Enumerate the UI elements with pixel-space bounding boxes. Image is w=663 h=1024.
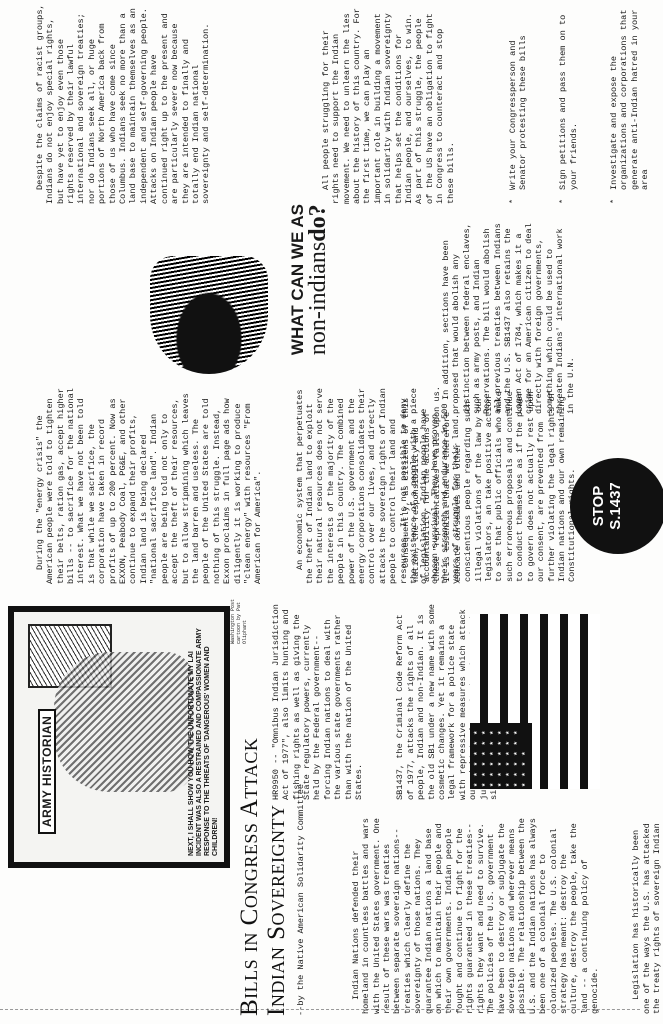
title-suffix: do? — [305, 204, 331, 241]
woodcut-portrait — [150, 256, 268, 374]
flag-stars: ★ ★ ★ ★ ★ ★ ★ ★ ★ ★ ★ ★ ★ ★ ★ ★ ★ ★ ★ ★ … — [470, 723, 532, 789]
action-list: *Write your Congressperson and Senator p… — [487, 4, 663, 204]
cartoon-figure — [54, 652, 194, 792]
article-column-6: In addition, sections have been proposed… — [420, 214, 607, 414]
paragraph: Legislation has historically been one of… — [631, 814, 663, 1014]
sidebar-column-2: All people struggling for their rights n… — [300, 4, 663, 204]
asterisk-bullet-icon: * — [508, 199, 518, 204]
cartoon-caption: NEXT, I SHALL SHOW YOU HOW THE UNFORTUNA… — [188, 618, 220, 856]
action-item: *Sign petitions and pass them on to your… — [558, 4, 579, 204]
action-item: *Write your Congressperson and Senator p… — [508, 4, 529, 204]
paragraph: During the "energy crisis" the American … — [35, 384, 264, 584]
asterisk-bullet-icon: * — [609, 199, 619, 204]
paragraph: In addition, sections have been proposed… — [441, 214, 576, 414]
newspaper-page: ARMY HISTORIAN NEXT, I SHALL SHOW YOU HO… — [0, 0, 663, 1024]
sidebar-column-1: Despite the claims of racist groups, Ind… — [14, 4, 243, 204]
article-column-5 — [380, 191, 401, 366]
cartoon-label: ARMY HISTORIAN — [38, 709, 56, 834]
action-item: *Investigate and expose the organization… — [609, 4, 651, 204]
paragraph: All people struggling for their rights n… — [321, 4, 456, 204]
title-emphasis: non-indians — [305, 242, 331, 355]
paragraph: Indian Nations defended their homeland i… — [351, 814, 601, 1014]
cartoon-credit: Washington Post cartoon by Pat Oliphant — [230, 584, 248, 644]
editorial-cartoon: ARMY HISTORIAN NEXT, I SHALL SHOW YOU HO… — [8, 606, 230, 868]
paragraph: Despite the claims of racist groups, Ind… — [35, 4, 212, 204]
stop-s1437-badge: STOP S.1437 — [570, 458, 663, 554]
article-column-1: Indian Nations defended their homeland i… — [330, 814, 663, 1014]
paragraph: HR9950 -- "Omnibus Indian Jurisdiction A… — [271, 600, 365, 800]
flag-photo: ★ ★ ★ ★ ★ ★ ★ ★ ★ ★ ★ ★ ★ ★ ★ ★ ★ ★ ★ ★ … — [470, 614, 600, 789]
asterisk-bullet-icon: * — [558, 199, 568, 204]
